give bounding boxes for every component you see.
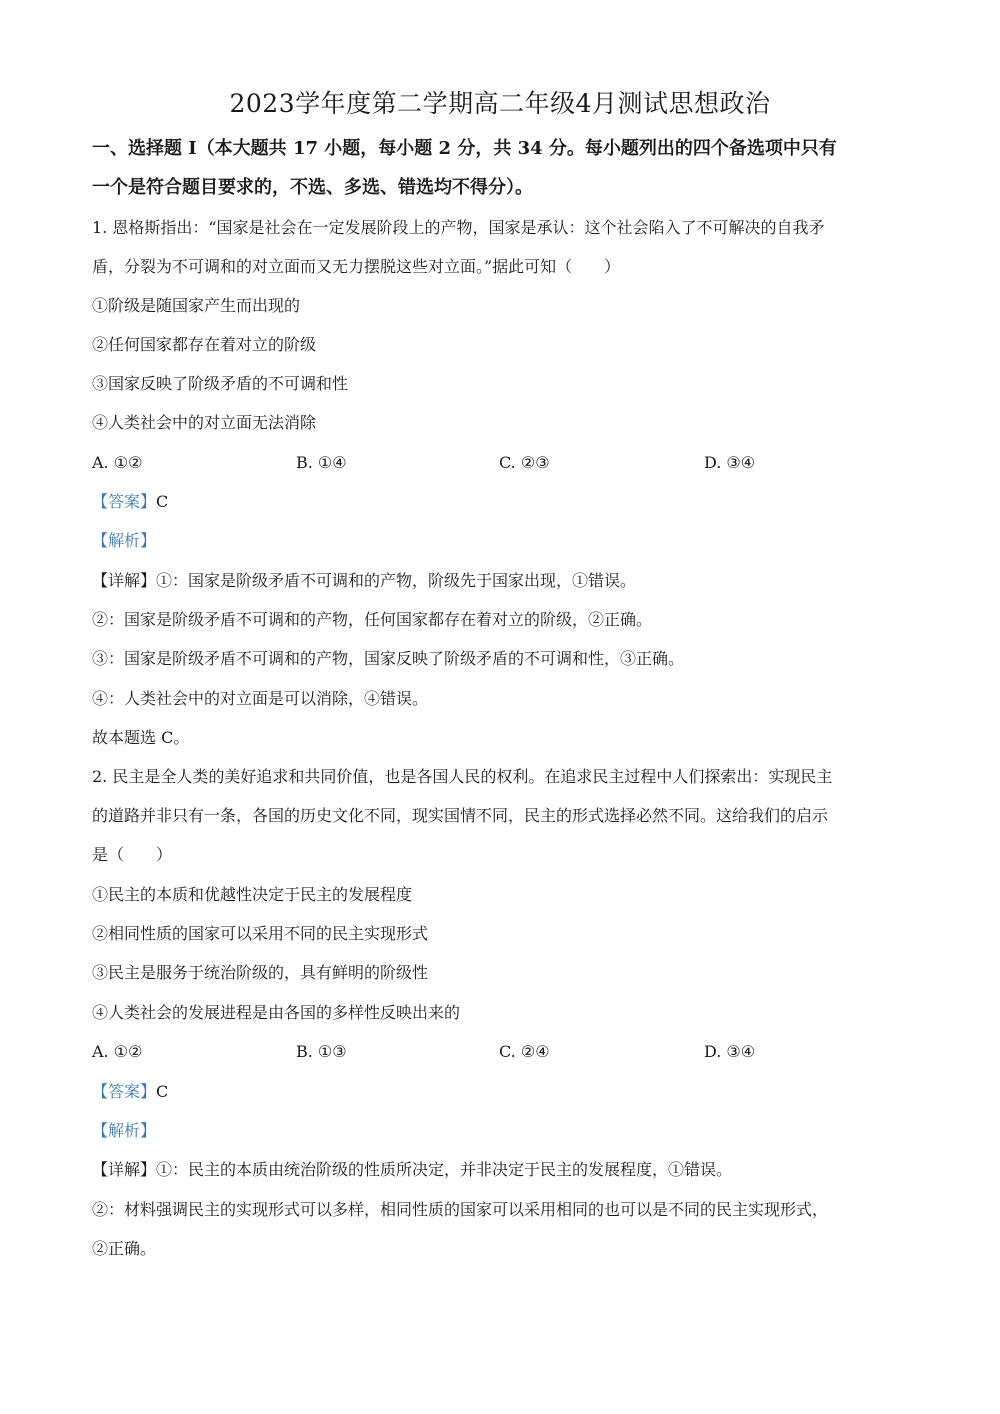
answer-label: 【答案】 xyxy=(92,1082,156,1101)
question-stem: 的道路并非只有一条，各国的历史文化不同，现实国情不同，民主的形式选择必然不同。这… xyxy=(92,804,912,828)
statement-4: ④人类社会的发展进程是由各国的多样性反映出来的 xyxy=(92,1001,912,1025)
detail-line: ③：国家是阶级矛盾不可调和的产物，国家反映了阶级矛盾的不可调和性，③正确。 xyxy=(92,647,912,671)
detail-line: ④：人类社会中的对立面是可以消除，④错误。 xyxy=(92,687,912,711)
detail-line: ②：材料强调民主的实现形式可以多样，相同性质的国家可以采用相同的也可以是不同的民… xyxy=(92,1198,912,1222)
detail-label: 【详解】 xyxy=(92,571,156,590)
question-stem: 2. 民主是全人类的美好追求和共同价值，也是各国人民的权利。在追求民主过程中人们… xyxy=(92,765,912,789)
analysis-label: 【解析】 xyxy=(92,1119,912,1143)
detail-line: ②：国家是阶级矛盾不可调和的产物，任何国家都存在着对立的阶级，②正确。 xyxy=(92,608,912,632)
detail-text: ①：国家是阶级矛盾不可调和的产物，阶级先于国家出现，①错误。 xyxy=(156,571,636,590)
detail-text: ①：民主的本质由统治阶级的性质所决定，并非决定于民主的发展程度，①错误。 xyxy=(156,1160,732,1179)
answer-line: 【答案】C xyxy=(92,490,912,514)
option-a: A. ①② xyxy=(92,1040,142,1064)
answer-value: C xyxy=(156,1082,168,1101)
conclusion-line: 故本题选 C。 xyxy=(92,726,912,750)
statement-1: ①阶级是随国家产生而出现的 xyxy=(92,294,912,318)
option-a: A. ①② xyxy=(92,451,142,475)
question-stem: 盾，分裂为不可调和的对立面而又无力摆脱这些对立面。”据此可知（ ） xyxy=(92,255,912,279)
answer-value: C xyxy=(156,492,168,511)
statement-1: ①民主的本质和优越性决定于民主的发展程度 xyxy=(92,883,912,907)
statement-3: ③民主是服务于统治阶级的，具有鲜明的阶级性 xyxy=(92,961,912,985)
answer-options: A. ①② B. ①④ C. ②③ D. ③④ xyxy=(92,451,912,475)
page-title: 2023学年度第二学期高二年级4月测试思想政治 xyxy=(0,86,1000,122)
question-stem: 是（ ） xyxy=(92,843,912,867)
option-c: C. ②④ xyxy=(499,1040,550,1064)
statement-2: ②任何国家都存在着对立的阶级 xyxy=(92,333,912,357)
answer-line: 【答案】C xyxy=(92,1080,912,1104)
answer-options: A. ①② B. ①③ C. ②④ D. ③④ xyxy=(92,1040,912,1064)
answer-label: 【答案】 xyxy=(92,492,156,511)
statement-4: ④人类社会中的对立面无法消除 xyxy=(92,411,912,435)
detail-label: 【详解】 xyxy=(92,1160,156,1179)
question-stem: 1. 恩格斯指出：“国家是社会在一定发展阶段上的产物，国家是承认：这个社会陷入了… xyxy=(92,216,912,240)
option-b: B. ①③ xyxy=(296,1040,347,1064)
detail-line: 【详解】①：国家是阶级矛盾不可调和的产物，阶级先于国家出现，①错误。 xyxy=(92,569,912,593)
option-d: D. ③④ xyxy=(704,1040,755,1064)
analysis-label: 【解析】 xyxy=(92,529,912,553)
section-heading-line-1: 一、选择题 I（本大题共 17 小题，每小题 2 分，共 34 分。每小题列出的… xyxy=(92,129,912,169)
exam-page: 2023学年度第二学期高二年级4月测试思想政治 一、选择题 I（本大题共 17 … xyxy=(0,0,1000,1414)
detail-line: 【详解】①：民主的本质由统治阶级的性质所决定，并非决定于民主的发展程度，①错误。 xyxy=(92,1158,912,1182)
option-c: C. ②③ xyxy=(499,451,550,475)
statement-3: ③国家反映了阶级矛盾的不可调和性 xyxy=(92,372,912,396)
detail-line: ②正确。 xyxy=(92,1237,912,1261)
option-d: D. ③④ xyxy=(704,451,755,475)
statement-2: ②相同性质的国家可以采用不同的民主实现形式 xyxy=(92,922,912,946)
option-b: B. ①④ xyxy=(296,451,347,475)
section-heading-line-2: 一个是符合题目要求的，不选、多选、错选均不得分）。 xyxy=(92,168,912,208)
